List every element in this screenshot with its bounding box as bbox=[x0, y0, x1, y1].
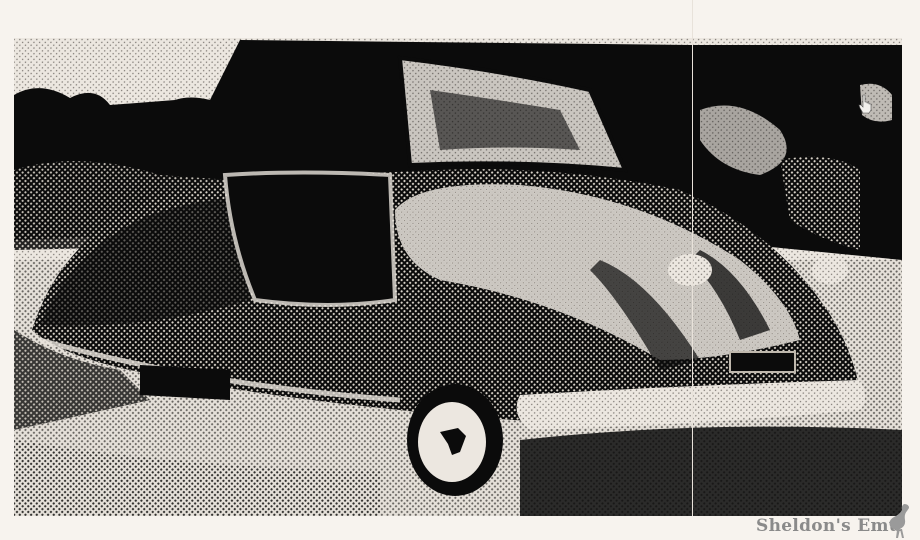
hand-pointer-icon bbox=[858, 94, 872, 114]
number-plate bbox=[730, 352, 795, 372]
image-seam-line bbox=[692, 0, 693, 516]
emu-icon bbox=[884, 502, 914, 540]
headlight-right bbox=[812, 256, 848, 284]
watermark-text: Sheldon's Emu bbox=[756, 516, 901, 536]
halftone-photo bbox=[0, 0, 920, 540]
headlight-left bbox=[668, 254, 712, 286]
